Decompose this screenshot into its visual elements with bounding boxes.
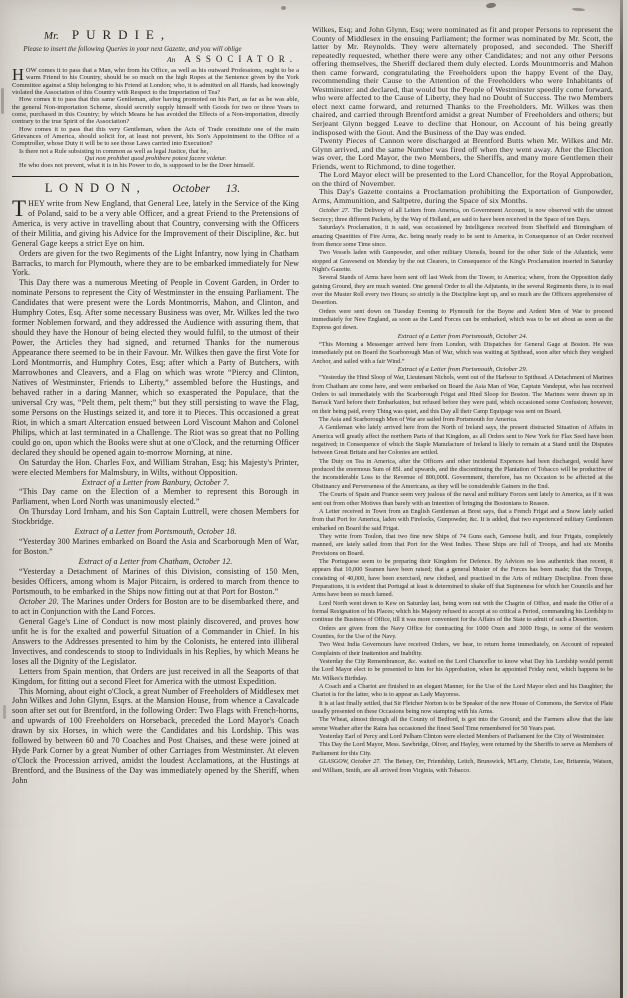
addressee-name: PURDIE, [72, 27, 171, 42]
paragraph-text: Two Vessels laden with Gunpowder, and ot… [312, 249, 613, 273]
paragraph: Extract of a Letter from Chatham, Octobe… [12, 557, 299, 567]
paragraph-text: Twenty Pieces of Cannon were discharged … [312, 136, 613, 171]
left-column: Mr.PURDIE, Please to insert the followin… [12, 18, 299, 786]
ink-smudge [3, 705, 6, 719]
paragraph: A Gentleman who lately arrived here from… [312, 424, 613, 457]
paragraph: The Lord Mayor elect will be presented t… [312, 171, 613, 188]
paragraph: Orders were sent down on Tuesday Evening… [312, 308, 613, 333]
paragraph-text: The Courts of Spain and France seem very… [312, 491, 613, 506]
paragraph-text: They write from Toulon, that two fine ne… [312, 533, 613, 557]
paragraph: Wilkes, Esq; and John Glynn, Esq; were n… [312, 26, 613, 137]
paragraph: HOW comes it to pass that a Man, who fro… [12, 67, 299, 96]
paragraph: The Wheat, almost through all the County… [312, 716, 613, 733]
paragraph: The Courts of Spain and France seem very… [312, 491, 613, 508]
paragraph: “Yesterday the Hind Sloop of War, Lieute… [312, 374, 613, 416]
paragraph: Two West India Governours have received … [312, 641, 613, 658]
paragraph-text: Yesterday the City Remembrancer, &c. wai… [312, 658, 613, 682]
masthead-request-line: Please to insert the following Queries i… [12, 46, 299, 53]
paragraph-text: It is at last finally settled, that Sir … [312, 700, 613, 715]
scan-edge-light [623, 0, 627, 998]
paragraph-text: The Portuguese seem to be preparing thei… [312, 558, 613, 598]
date-lead: October 20. [19, 597, 59, 606]
paragraph: Extract of a Letter from Banbury, Octobe… [12, 478, 299, 488]
paragraph: Extract of a Letter from Portsmouth, Oct… [312, 333, 613, 341]
paragraph-text: The Asia and Scarborough Men of War are … [319, 416, 518, 423]
paragraph-text: Extract of a Letter from Chatham, Octobe… [79, 557, 233, 566]
ink-smudge [486, 2, 497, 8]
paragraph-text: Orders are given for the two Regiments o… [12, 249, 299, 278]
paragraph-text: How comes it to pass that this same Gent… [12, 96, 299, 125]
paragraph: The Duty on Tea in America, after the Of… [312, 458, 613, 491]
paragraph-text: Is there not a Rule subsisting in common… [19, 148, 208, 155]
paragraph: How comes it to pass that this very Gent… [12, 126, 299, 148]
paragraph-text: “Yesterday a Detachment of Marines of th… [12, 567, 299, 596]
paragraph-text: Extract of a Letter from Banbury, Octobe… [82, 478, 229, 487]
paragraph-text: How comes it to pass that this very Gent… [12, 126, 299, 148]
paragraph: It is at last finally settled, that Sir … [312, 700, 613, 717]
paragraph-text: The Duty on Tea in America, after the Of… [312, 458, 613, 490]
paragraph: Is there not a Rule subsisting in common… [12, 148, 299, 155]
paragraph-text: “Yesterday the Hind Sloop of War, Lieute… [312, 374, 613, 414]
paragraph-text: The Wheat, almost through all the County… [312, 716, 613, 731]
signature-name: ASSOCIATOR. [184, 54, 297, 64]
right-column-small-type: October 27.The Delivery of all Letters f… [312, 207, 613, 774]
paragraph: Yesterday the City Remembrancer, &c. wai… [312, 658, 613, 683]
paragraph: “This Day came on the Election of a Memb… [12, 487, 299, 507]
paragraph-text: Wilkes, Esq; and John Glynn, Esq; were n… [312, 25, 613, 137]
paragraph: Letters from Spain mention, that Orders … [12, 667, 299, 687]
london-news-section: THEY write from New England, that Genera… [12, 199, 299, 786]
paragraph-text: Extract of a Letter from Portsmouth, Oct… [398, 333, 528, 340]
paragraph-text: On Thursday Lord Irnham, and his Son Cap… [12, 507, 299, 526]
paragraph-text: “This Morning a Messenger arrived here f… [312, 341, 613, 365]
paragraph: “Yesterday 300 Marines embarked on Board… [12, 537, 299, 557]
paragraph-text: This Morning, about eight o'Clock, a gre… [12, 687, 299, 786]
date-lead: GLASGOW, October 27. [319, 758, 381, 765]
paragraph: THEY write from New England, that Genera… [12, 199, 299, 249]
paragraph: On Saturday the Hon. Charles Fox, and Wi… [12, 458, 299, 478]
paragraph-text: Several Stands of Arms have been sent of… [312, 274, 613, 306]
paragraph-text: Saturday's Proclamation, it is said, was… [312, 224, 613, 248]
paragraph-text: “This Day came on the Election of a Memb… [12, 487, 299, 506]
paragraph-text: A Gentleman who lately arrived here from… [312, 424, 613, 456]
paragraph-text: General Gage's Line of Conduct is now mo… [12, 617, 299, 666]
paragraph-text: The Delivery of all Letters from America… [312, 207, 613, 222]
signature-prefix: An [167, 55, 175, 64]
paragraph-text: Letters from Spain mention, that Orders … [12, 667, 299, 686]
paragraph: “Yesterday a Detachment of Marines of th… [12, 567, 299, 597]
paragraph-text: A Coach and a Chariot are finished in an… [312, 683, 613, 698]
paragraph: Lord North went down to Kew on Saturday … [312, 600, 613, 625]
paragraph: He who does not prevent, what it is in h… [12, 162, 299, 169]
paragraph: GLASGOW, October 27.The Betsey, Orr, Fri… [312, 758, 613, 775]
paragraph-text: On Saturday the Hon. Charles Fox, and Wi… [12, 458, 299, 477]
dropcap: T [12, 199, 28, 218]
paragraph-text: OW comes it to pass that a Man, who from… [12, 67, 299, 96]
scan-edge-line [620, 0, 623, 998]
addressee-prefix: Mr. [44, 30, 59, 42]
paragraph: General Gage's Line of Conduct is now mo… [12, 617, 299, 667]
paragraph-text: “Yesterday 300 Marines embarked on Board… [12, 537, 299, 556]
paragraph-text: A Letter received in Town from an Englis… [312, 508, 613, 532]
paragraph: Saturday's Proclamation, it is said, was… [312, 224, 613, 249]
queries-section: HOW comes it to pass that a Man, who fro… [12, 67, 299, 170]
paragraph-text: He who does not prevent, what it is in h… [19, 162, 255, 169]
paragraph-text: This Day there was a numerous Meeting of… [12, 278, 299, 456]
paragraph-text: Qui non prohibet quod prohibere potest f… [85, 155, 227, 162]
paragraph: Qui non prohibet quod prohibere potest f… [12, 155, 299, 162]
paragraph-text: Orders were sent down on Tuesday Evening… [312, 308, 613, 332]
section-city: LONDON, [45, 181, 146, 196]
paragraph: On Thursday Lord Irnham, and his Son Cap… [12, 507, 299, 527]
dropcap: H [12, 67, 26, 81]
paragraph: Several Stands of Arms have been sent of… [312, 274, 613, 307]
ink-smudge [1, 88, 4, 114]
paragraph: Extract of a Letter from Portsmouth, Oct… [312, 366, 613, 374]
paragraph: Extract of a Letter from Portsmouth, Oct… [12, 527, 299, 537]
paragraph-text: Two West India Governours have received … [312, 641, 613, 656]
date-lead: October 27. [319, 207, 349, 214]
paragraph: October 27.The Delivery of all Letters f… [312, 207, 613, 224]
masthead-addressee: Mr.PURDIE, [12, 26, 299, 44]
paragraph: They write from Toulon, that two fine ne… [312, 533, 613, 558]
paragraph: How comes it to pass that this same Gent… [12, 96, 299, 125]
paragraph: A Coach and a Chariot are finished in an… [312, 683, 613, 700]
paragraph: “This Morning a Messenger arrived here f… [312, 341, 613, 366]
paragraph: Orders are given for the two Regiments o… [12, 249, 299, 279]
paragraph-text: Extract of a Letter from Portsmouth, Oct… [398, 366, 528, 373]
paragraph-text: Extract of a Letter from Portsmouth, Oct… [74, 527, 236, 536]
paragraph-text: This Day's Gazette contains a Proclamati… [312, 187, 613, 205]
paragraph: Two Vessels laden with Gunpowder, and ot… [312, 249, 613, 274]
paragraph-text: HEY write from New England, that General… [12, 199, 299, 248]
paragraph: This Day there was a numerous Meeting of… [12, 278, 299, 457]
paragraph: A Letter received in Town from an Englis… [312, 508, 613, 533]
paragraph: Yesterday Earl of Percy and Lord Pelham … [312, 733, 613, 741]
paragraph: Twenty Pieces of Cannon were discharged … [312, 137, 613, 171]
paragraph: October 20.The Marines under Orders for … [12, 597, 299, 617]
masthead-signature: AnASSOCIATOR. [12, 54, 299, 64]
right-column-large-type: Wilkes, Esq; and John Glynn, Esq; were n… [312, 26, 613, 205]
paragraph-text: The Lord Mayor elect will be presented t… [312, 170, 613, 188]
paragraph: The Portuguese seem to be preparing thei… [312, 558, 613, 600]
paragraph: Orders are given from the Navy Office fo… [312, 625, 613, 642]
column-divider-rule [12, 176, 299, 177]
masthead: Mr.PURDIE, Please to insert the followin… [12, 26, 299, 64]
section-date: October 13. [172, 183, 240, 195]
paragraph-text: Lord North went down to Kew on Saturday … [312, 600, 613, 624]
paragraph-text: Orders are given from the Navy Office fo… [312, 625, 613, 640]
paragraph: This Day the Lord Mayor, Mess. Sawbridge… [312, 741, 613, 758]
paragraph-text: Yesterday Earl of Percy and Lord Pelham … [319, 733, 605, 740]
paragraph-text: This Day the Lord Mayor, Mess. Sawbridge… [312, 741, 613, 756]
ink-smudge [281, 6, 286, 10]
paragraph: This Morning, about eight o'Clock, a gre… [12, 687, 299, 787]
right-column: Wilkes, Esq; and John Glynn, Esq; were n… [312, 26, 613, 775]
paragraph: This Day's Gazette contains a Proclamati… [312, 188, 613, 205]
ink-smudge [572, 8, 585, 12]
section-heading-london: LONDON, October 13. [12, 181, 299, 196]
paragraph: The Asia and Scarborough Men of War are … [312, 416, 613, 424]
